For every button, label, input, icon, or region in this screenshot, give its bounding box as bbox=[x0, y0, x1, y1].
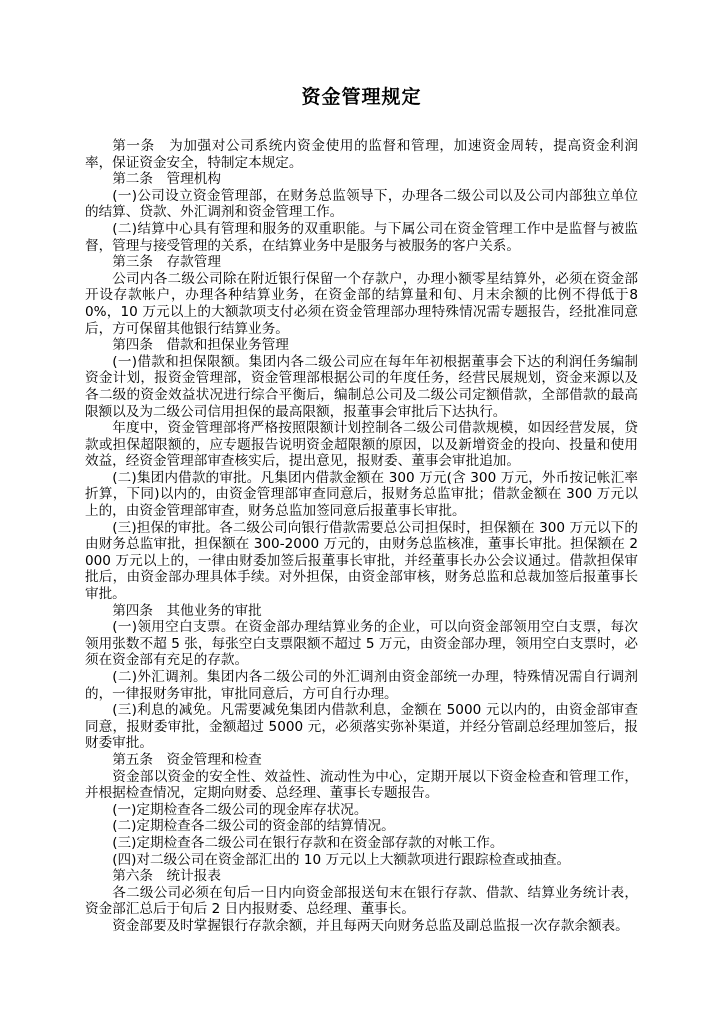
article-6-text-2: 资金部要及时掌握银行存款余额，并且每两天向财务总监及副总监报一次存款余额表。 bbox=[85, 918, 638, 935]
document-body: 资金管理规定 第一条 为加强对公司系统内资金使用的监督和管理，加速资金周转，提高… bbox=[85, 86, 638, 935]
article-6-heading: 第六条 统计报表 bbox=[85, 868, 638, 885]
article-4-item-1: (一)借款和担保限额。集团内各二级公司应在每年年初根据董事会下达的利润任务编制资… bbox=[85, 354, 638, 420]
article-3-heading: 第三条 存款管理 bbox=[85, 254, 638, 271]
article-5-heading: 第五条 资金管理和检查 bbox=[85, 752, 638, 769]
article-6-text-1: 各二级公司必须在旬后一日内向资金部报送旬末在银行存款、借款、结算业务统计表，资金… bbox=[85, 885, 638, 918]
article-5-item-3: (三)定期检查各二级公司在银行存款和在资金部存款的对帐工作。 bbox=[85, 835, 638, 852]
article-5-text: 资金部以资金的安全性、效益性、流动性为中心，定期开展以下资金检查和管理工作，并根… bbox=[85, 769, 638, 802]
article-5-item-2: (二)定期检查各二级公司的资金部的结算情况。 bbox=[85, 818, 638, 835]
article-2-item-2: (二)结算中心具有管理和服务的双重职能。与下属公司在资金管理工作中是监督与被监督… bbox=[85, 221, 638, 254]
article-4-item-2: (二)集团内借款的审批。凡集团内借款金额在 300 万元(含 300 万元，外币… bbox=[85, 470, 638, 520]
article-2-heading: 第二条 管理机构 bbox=[85, 171, 638, 188]
article-4b-item-3: (三)利息的减免。凡需要减免集团内借款利息，金额在 5000 元以内的，由资金部… bbox=[85, 702, 638, 752]
article-5-item-4: (四)对二级公司在资金部汇出的 10 万元以上大额款项进行跟踪检查或抽查。 bbox=[85, 852, 638, 869]
article-5-item-1: (一)定期检查各二级公司的现金库存状况。 bbox=[85, 802, 638, 819]
document-title: 资金管理规定 bbox=[85, 86, 638, 108]
article-4b-item-2: (二)外汇调剂。集团内各二级公司的外汇调剂由资金部统一办理，特殊情况需自行调剂的… bbox=[85, 669, 638, 702]
document-page: 资金管理规定 第一条 为加强对公司系统内资金使用的监督和管理，加速资金周转，提高… bbox=[0, 0, 720, 1017]
article-4b-item-1: (一)领用空白支票。在资金部办理结算业务的企业，可以向资金部领用空白支票，每次领… bbox=[85, 619, 638, 669]
article-4-item-1-cont: 年度中，资金管理部将严格按照限额计划控制各二级公司借款规模，如因经营发展，贷款或… bbox=[85, 420, 638, 470]
article-4-item-3: (三)担保的审批。各二级公司向银行借款需要总公司担保时，担保额在 300 万元以… bbox=[85, 520, 638, 603]
article-4b-heading: 第四条 其他业务的审批 bbox=[85, 603, 638, 620]
article-2-item-1: (一)公司设立资金管理部，在财务总监领导下，办理各二级公司以及公司内部独立单位的… bbox=[85, 188, 638, 221]
article-1-text: 第一条 为加强对公司系统内资金使用的监督和管理，加速资金周转，提高资金利润率，保… bbox=[85, 138, 638, 171]
article-4-heading: 第四条 借款和担保业务管理 bbox=[85, 337, 638, 354]
article-3-text: 公司内各二级公司除在附近银行保留一个存款户，办理小额零星结算外，必须在资金部开设… bbox=[85, 271, 638, 337]
